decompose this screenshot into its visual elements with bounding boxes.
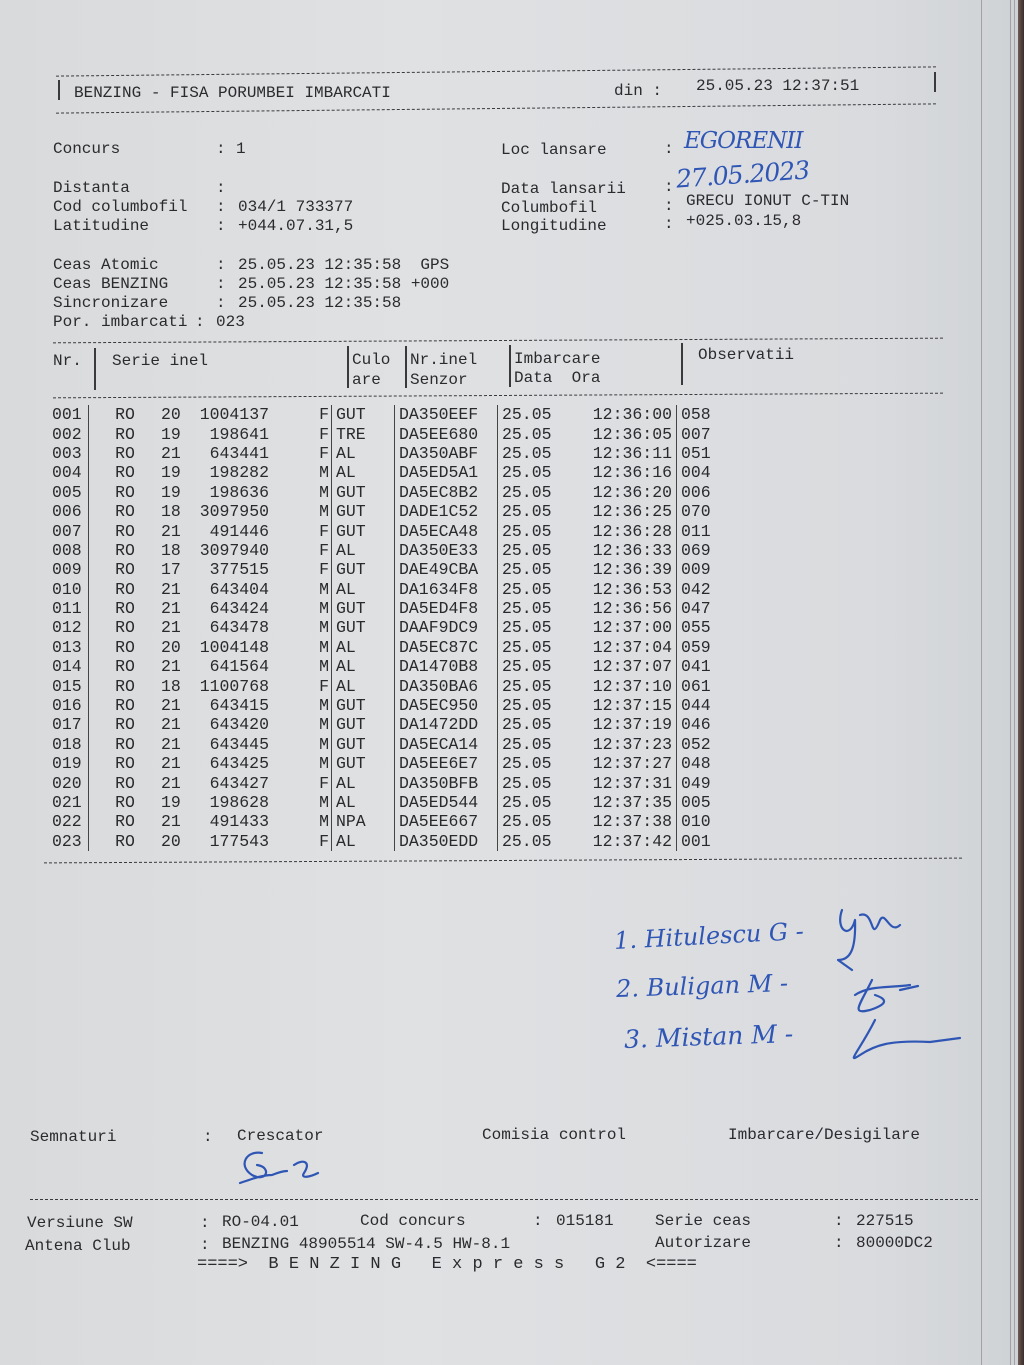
- row-sex: F: [269, 676, 332, 695]
- row-nr: 018: [52, 735, 89, 754]
- table-row: 016RO21643415MGUTDA5EC95025.0512:37:1504…: [52, 696, 711, 715]
- crescator-label: Crescator: [237, 1127, 323, 1146]
- row-sex: M: [269, 638, 332, 657]
- row-date: 25.05: [498, 618, 565, 637]
- col-nr-inel-2: Senzor: [410, 371, 468, 390]
- longitudine-colon: :: [664, 215, 674, 234]
- table-row: 007RO21491446FGUTDA5ECA4825.0512:36:2801…: [52, 521, 711, 540]
- versiune-sw-label: Versiune SW: [27, 1214, 133, 1233]
- row-year: 21: [161, 754, 189, 773]
- row-ring-number: 643441: [189, 444, 269, 463]
- row-year: 18: [161, 676, 189, 695]
- row-observation: 009: [677, 560, 711, 579]
- col-observatii: Observatii: [698, 346, 794, 365]
- row-sensor-id: DA350EDD: [395, 832, 498, 851]
- row-sensor-id: DA350BFB: [395, 773, 498, 792]
- colon: :: [195, 313, 205, 332]
- row-country: RO: [89, 676, 162, 695]
- ceas-benzing-value: 25.05.23 12:35:58 +000: [238, 275, 449, 294]
- data-lansarii-value: 27.05.2023: [675, 155, 810, 193]
- row-date: 25.05: [498, 812, 565, 831]
- row-sex: M: [269, 599, 332, 618]
- divider: [56, 66, 936, 76]
- divider: [30, 1199, 978, 1200]
- crescator-signature: [232, 1145, 322, 1195]
- row-observation: 006: [677, 483, 711, 502]
- table-row: 023RO20177543FALDA350EDD25.0512:37:42001: [52, 832, 711, 851]
- row-color: GUT: [332, 599, 395, 618]
- semnaturi-label: Semnaturi: [30, 1128, 116, 1147]
- row-observation: 004: [677, 463, 711, 482]
- row-ring-number: 198628: [189, 793, 269, 812]
- row-country: RO: [89, 424, 162, 443]
- row-ring-number: 643415: [189, 696, 269, 715]
- cod-concurs-value: 015181: [556, 1212, 614, 1231]
- table-row: 019RO21643425MGUTDA5EE6E725.0512:37:2704…: [52, 754, 711, 773]
- row-year: 17: [161, 560, 189, 579]
- row-nr: 004: [52, 463, 89, 482]
- print-date-label: din :: [614, 82, 662, 101]
- row-sex: F: [269, 560, 332, 579]
- col-nr: Nr.: [53, 352, 82, 371]
- versiune-sw-value: RO-04.01: [222, 1213, 299, 1232]
- row-nr: 021: [52, 793, 89, 812]
- imbarcare-desigilare-label: Imbarcare/Desigilare: [728, 1126, 920, 1145]
- ceas-atomic-label: Ceas Atomic: [53, 256, 159, 275]
- row-sex: M: [269, 580, 332, 599]
- row-country: RO: [89, 618, 162, 637]
- row-year: 21: [161, 735, 189, 754]
- latitudine-value: +044.07.31,5: [238, 217, 353, 236]
- row-country: RO: [89, 657, 162, 676]
- table-row: 009RO17377515FGUTDAE49CBA25.0512:36:3900…: [52, 560, 711, 579]
- row-ring-number: 1004137: [189, 405, 269, 424]
- row-country: RO: [89, 754, 162, 773]
- row-observation: 005: [677, 793, 711, 812]
- row-time: 12:36:16: [564, 463, 677, 482]
- row-sex: F: [269, 773, 332, 792]
- longitudine-value: +025.03.15,8: [686, 212, 801, 231]
- row-nr: 006: [52, 502, 89, 521]
- divider: [347, 346, 349, 388]
- row-sensor-id: DA5EC8B2: [395, 483, 498, 502]
- distanta-label: Distanta: [53, 179, 130, 198]
- row-sensor-id: DA350EEF: [395, 405, 498, 424]
- row-date: 25.05: [498, 405, 565, 424]
- row-color: GUT: [332, 618, 395, 637]
- row-country: RO: [89, 405, 162, 424]
- row-sex: M: [269, 502, 332, 521]
- row-ring-number: 643478: [189, 618, 269, 637]
- row-color: AL: [332, 541, 395, 560]
- row-date: 25.05: [498, 676, 565, 695]
- divider: [934, 72, 936, 92]
- row-sex: F: [269, 405, 332, 424]
- row-country: RO: [89, 444, 162, 463]
- row-sensor-id: DA1470B8: [395, 657, 498, 676]
- row-sensor-id: DAE49CBA: [395, 560, 498, 579]
- row-year: 20: [161, 638, 189, 657]
- row-date: 25.05: [498, 696, 565, 715]
- row-nr: 005: [52, 483, 89, 502]
- row-year: 19: [161, 483, 189, 502]
- cod-columbofil-label: Cod columbofil: [53, 198, 187, 217]
- row-date: 25.05: [498, 502, 565, 521]
- row-time: 12:36:56: [564, 599, 677, 618]
- row-country: RO: [89, 580, 162, 599]
- loc-lansare-colon: :: [664, 140, 674, 159]
- divider: [56, 103, 936, 113]
- table-row: 021RO19198628MALDA5ED54425.0512:37:35005: [52, 793, 711, 812]
- colon: :: [200, 1214, 210, 1233]
- row-sex: F: [269, 521, 332, 540]
- print-date-value: 25.05.23 12:37:51: [696, 77, 859, 96]
- row-year: 18: [161, 502, 189, 521]
- col-culoare-2: are: [352, 371, 381, 390]
- colon: :: [200, 1236, 210, 1255]
- birds-table-body: 001RO201004137FGUTDA350EEF25.0512:36:000…: [52, 405, 711, 851]
- row-color: GUT: [332, 735, 395, 754]
- row-ring-number: 377515: [189, 560, 269, 579]
- row-country: RO: [89, 599, 162, 618]
- row-sensor-id: DA350ABF: [395, 444, 498, 463]
- row-observation: 001: [677, 832, 711, 851]
- cod-columbofil-colon: :: [216, 198, 226, 217]
- table-row: 015RO181100768FALDA350BA625.0512:37:1006…: [52, 676, 711, 695]
- colon: :: [834, 1234, 844, 1253]
- row-country: RO: [89, 483, 162, 502]
- row-year: 21: [161, 599, 189, 618]
- table-row: 005RO19198636MGUTDA5EC8B225.0512:36:2000…: [52, 483, 711, 502]
- row-nr: 002: [52, 424, 89, 443]
- commission-member-2: 2. Buligan M -: [616, 969, 789, 1003]
- col-imbarcare-2: Data Ora: [514, 369, 600, 388]
- birds-table: 001RO201004137FGUTDA350EEF25.0512:36:000…: [52, 405, 711, 851]
- autorizare-label: Autorizare: [655, 1234, 751, 1253]
- columbofil-value: GRECU IONUT C-TIN: [686, 192, 849, 211]
- row-date: 25.05: [498, 599, 565, 618]
- row-sensor-id: DA5ED544: [395, 793, 498, 812]
- row-ring-number: 643445: [189, 735, 269, 754]
- row-country: RO: [89, 715, 162, 734]
- row-sex: M: [269, 754, 332, 773]
- row-color: GUT: [332, 502, 395, 521]
- row-time: 12:37:31: [564, 773, 677, 792]
- row-color: AL: [332, 444, 395, 463]
- row-observation: 048: [677, 754, 711, 773]
- row-sex: M: [269, 793, 332, 812]
- document-title: BENZING - FISA PORUMBEI IMBARCATI: [74, 84, 391, 103]
- row-year: 21: [161, 657, 189, 676]
- row-ring-number: 198282: [189, 463, 269, 482]
- row-color: AL: [332, 773, 395, 792]
- row-time: 12:36:11: [564, 444, 677, 463]
- row-time: 12:37:27: [564, 754, 677, 773]
- row-year: 21: [161, 618, 189, 637]
- por-imbarcati-label: Por. imbarcati: [53, 313, 187, 332]
- table-row: 014RO21641564MALDA1470B825.0512:37:07041: [52, 657, 711, 676]
- row-nr: 015: [52, 676, 89, 695]
- row-color: GUT: [332, 483, 395, 502]
- row-color: GUT: [332, 754, 395, 773]
- row-year: 21: [161, 715, 189, 734]
- table-row: 017RO21643420MGUTDA1472DD25.0512:37:1904…: [52, 715, 711, 734]
- row-nr: 003: [52, 444, 89, 463]
- row-ring-number: 198636: [189, 483, 269, 502]
- row-time: 12:37:19: [564, 715, 677, 734]
- commission-member-1: 1. Hitulescu G -: [613, 917, 804, 955]
- row-date: 25.05: [498, 638, 565, 657]
- row-time: 12:36:05: [564, 424, 677, 443]
- antena-club-value: BENZING 48905514 SW-4.5 HW-8.1: [222, 1235, 510, 1254]
- por-imbarcati-value: 023: [216, 313, 245, 332]
- row-country: RO: [89, 463, 162, 482]
- longitudine-label: Longitudine: [501, 217, 607, 236]
- row-nr: 023: [52, 832, 89, 851]
- row-nr: 022: [52, 812, 89, 831]
- row-sensor-id: DA350BA6: [395, 676, 498, 695]
- row-country: RO: [89, 793, 162, 812]
- row-sensor-id: DA5ECA48: [395, 521, 498, 540]
- divider: [53, 338, 943, 344]
- serie-ceas-label: Serie ceas: [655, 1212, 751, 1231]
- divider: [94, 348, 96, 390]
- row-time: 12:36:39: [564, 560, 677, 579]
- divider: [405, 346, 407, 388]
- row-date: 25.05: [498, 793, 565, 812]
- row-ring-number: 1004148: [189, 638, 269, 657]
- row-year: 21: [161, 812, 189, 831]
- signature-marks: [830, 900, 970, 1070]
- row-nr: 001: [52, 405, 89, 424]
- row-time: 12:36:00: [564, 405, 677, 424]
- row-country: RO: [89, 696, 162, 715]
- table-row: 010RO21643404MALDA1634F825.0512:36:53042: [52, 580, 711, 599]
- row-date: 25.05: [498, 715, 565, 734]
- row-date: 25.05: [498, 735, 565, 754]
- concurs-colon: :: [216, 140, 226, 159]
- row-ring-number: 1100768: [189, 676, 269, 695]
- paper-edge: [1014, 0, 1015, 1365]
- row-sex: M: [269, 696, 332, 715]
- row-time: 12:36:20: [564, 483, 677, 502]
- row-sensor-id: DAAF9DC9: [395, 618, 498, 637]
- row-nr: 011: [52, 599, 89, 618]
- cod-concurs-label: Cod concurs: [360, 1212, 466, 1231]
- row-sex: F: [269, 424, 332, 443]
- row-sensor-id: DADE1C52: [395, 502, 498, 521]
- row-country: RO: [89, 832, 162, 851]
- row-color: AL: [332, 832, 395, 851]
- divider: [58, 80, 60, 100]
- loc-lansare-value: EGORENII: [684, 128, 802, 154]
- table-row: 018RO21643445MGUTDA5ECA1425.0512:37:2305…: [52, 735, 711, 754]
- colon: :: [216, 275, 226, 294]
- ceas-atomic-value: 25.05.23 12:35:58 GPS: [238, 256, 449, 275]
- row-time: 12:37:15: [564, 696, 677, 715]
- row-observation: 058: [677, 405, 711, 424]
- row-color: AL: [332, 657, 395, 676]
- row-year: 21: [161, 580, 189, 599]
- row-date: 25.05: [498, 444, 565, 463]
- table-row: 011RO21643424MGUTDA5ED4F825.0512:36:5604…: [52, 599, 711, 618]
- columbofil-label: Columbofil: [501, 199, 597, 218]
- row-sex: F: [269, 541, 332, 560]
- row-country: RO: [89, 773, 162, 792]
- row-observation: 055: [677, 618, 711, 637]
- row-year: 20: [161, 405, 189, 424]
- commission-member-3: 3. Mistan M -: [624, 1019, 794, 1054]
- table-row: 001RO201004137FGUTDA350EEF25.0512:36:000…: [52, 405, 711, 424]
- row-nr: 014: [52, 657, 89, 676]
- row-sensor-id: DA5EE680: [395, 424, 498, 443]
- row-ring-number: 491433: [189, 812, 269, 831]
- row-ring-number: 177543: [189, 832, 269, 851]
- row-observation: 007: [677, 424, 711, 443]
- row-time: 12:37:35: [564, 793, 677, 812]
- row-sex: M: [269, 463, 332, 482]
- row-date: 25.05: [498, 773, 565, 792]
- table-row: 022RO21491433MNPADA5EE66725.0512:37:3801…: [52, 812, 711, 831]
- serie-ceas-value: 227515: [856, 1212, 914, 1231]
- row-sex: M: [269, 735, 332, 754]
- sincronizare-label: Sincronizare: [53, 294, 168, 313]
- row-color: NPA: [332, 812, 395, 831]
- row-date: 25.05: [498, 754, 565, 773]
- row-sensor-id: DA5ECA14: [395, 735, 498, 754]
- distanta-colon: :: [216, 179, 226, 198]
- row-nr: 019: [52, 754, 89, 773]
- row-nr: 009: [52, 560, 89, 579]
- row-sensor-id: DA5EE667: [395, 812, 498, 831]
- row-country: RO: [89, 560, 162, 579]
- row-date: 25.05: [498, 832, 565, 851]
- row-color: GUT: [332, 696, 395, 715]
- row-time: 12:37:23: [564, 735, 677, 754]
- row-country: RO: [89, 638, 162, 657]
- autorizare-value: 80000DC2: [856, 1234, 933, 1253]
- row-sensor-id: DA5EE6E7: [395, 754, 498, 773]
- row-ring-number: 198641: [189, 424, 269, 443]
- row-ring-number: 641564: [189, 657, 269, 676]
- row-color: GUT: [332, 715, 395, 734]
- row-time: 12:36:53: [564, 580, 677, 599]
- latitudine-label: Latitudine: [53, 217, 149, 236]
- ceas-benzing-label: Ceas BENZING: [53, 275, 168, 294]
- table-bottom-divider: [44, 858, 962, 864]
- colon: :: [216, 294, 226, 313]
- row-observation: 011: [677, 521, 711, 540]
- row-observation: 046: [677, 715, 711, 734]
- row-year: 21: [161, 773, 189, 792]
- latitudine-colon: :: [216, 217, 226, 236]
- row-time: 12:36:28: [564, 521, 677, 540]
- divider: [681, 343, 683, 385]
- loc-lansare-label: Loc lansare: [501, 141, 607, 160]
- row-observation: 070: [677, 502, 711, 521]
- colon: :: [834, 1212, 844, 1231]
- table-row: 006RO183097950MGUTDADE1C5225.0512:36:250…: [52, 502, 711, 521]
- col-nr-inel: Nr.inel: [410, 351, 477, 370]
- row-country: RO: [89, 502, 162, 521]
- row-year: 21: [161, 696, 189, 715]
- row-observation: 047: [677, 599, 711, 618]
- row-ring-number: 491446: [189, 521, 269, 540]
- sincronizare-value: 25.05.23 12:35:58: [238, 294, 401, 313]
- row-sex: M: [269, 483, 332, 502]
- row-color: GUT: [332, 560, 395, 579]
- columbofil-colon: :: [664, 197, 674, 216]
- row-time: 12:36:33: [564, 541, 677, 560]
- row-ring-number: 643424: [189, 599, 269, 618]
- concurs-value: 1: [236, 140, 246, 159]
- row-time: 12:37:38: [564, 812, 677, 831]
- row-observation: 049: [677, 773, 711, 792]
- row-time: 12:37:00: [564, 618, 677, 637]
- row-sex: M: [269, 715, 332, 734]
- row-sex: M: [269, 657, 332, 676]
- row-sensor-id: DA350E33: [395, 541, 498, 560]
- row-color: AL: [332, 676, 395, 695]
- colon: :: [216, 256, 226, 275]
- row-sex: M: [269, 812, 332, 831]
- row-country: RO: [89, 521, 162, 540]
- col-culoare: Culo: [352, 351, 390, 370]
- row-color: AL: [332, 463, 395, 482]
- row-sensor-id: DA1472DD: [395, 715, 498, 734]
- paper-edge: [981, 0, 982, 1365]
- table-surface: [1018, 0, 1024, 1365]
- row-color: AL: [332, 638, 395, 657]
- table-row: 003RO21643441FALDA350ABF25.0512:36:11051: [52, 444, 711, 463]
- row-country: RO: [89, 812, 162, 831]
- row-nr: 013: [52, 638, 89, 657]
- data-lansarii-label: Data lansarii: [501, 180, 626, 199]
- row-ring-number: 643404: [189, 580, 269, 599]
- table-row: 020RO21643427FALDA350BFB25.0512:37:31049: [52, 773, 711, 792]
- divider: [53, 393, 943, 399]
- row-year: 21: [161, 521, 189, 540]
- row-date: 25.05: [498, 463, 565, 482]
- row-date: 25.05: [498, 541, 565, 560]
- row-year: 21: [161, 444, 189, 463]
- row-date: 25.05: [498, 483, 565, 502]
- row-nr: 012: [52, 618, 89, 637]
- row-sensor-id: DA5EC950: [395, 696, 498, 715]
- row-date: 25.05: [498, 521, 565, 540]
- row-color: GUT: [332, 405, 395, 424]
- row-time: 12:36:25: [564, 502, 677, 521]
- table-row: 008RO183097940FALDA350E3325.0512:36:3306…: [52, 541, 711, 560]
- row-nr: 007: [52, 521, 89, 540]
- data-lansarii-colon: :: [664, 178, 674, 197]
- antena-club-label: Antena Club: [25, 1237, 131, 1256]
- row-country: RO: [89, 735, 162, 754]
- table-row: 004RO19198282MALDA5ED5A125.0512:36:16004: [52, 463, 711, 482]
- row-year: 19: [161, 793, 189, 812]
- row-color: AL: [332, 793, 395, 812]
- row-date: 25.05: [498, 657, 565, 676]
- row-nr: 020: [52, 773, 89, 792]
- brand-line: ====> B E N Z I N G E x p r e s s G 2 <=…: [197, 1255, 697, 1274]
- row-ring-number: 3097950: [189, 502, 269, 521]
- row-nr: 010: [52, 580, 89, 599]
- colon: :: [203, 1128, 213, 1147]
- paper-edge: [1010, 0, 1011, 1365]
- row-ring-number: 643425: [189, 754, 269, 773]
- row-observation: 052: [677, 735, 711, 754]
- row-year: 20: [161, 832, 189, 851]
